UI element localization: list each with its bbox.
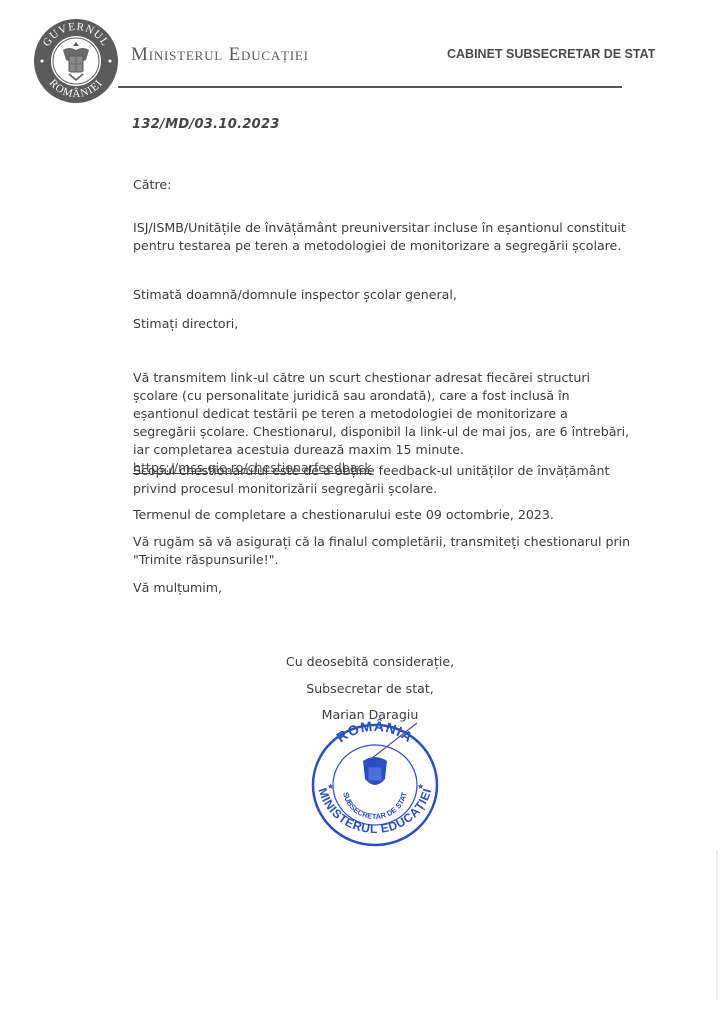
paragraph-purpose: Scopul chestionarului este de a obține f… [133, 462, 633, 498]
salutation-directors: Stimați directori, [133, 315, 633, 333]
svg-text:★: ★ [327, 782, 334, 791]
department-name: CABINET SUBSECRETAR DE STAT [447, 47, 655, 61]
paragraph-intro: Vă transmitem link-ul către un scurt che… [133, 369, 633, 477]
svg-text:★: ★ [417, 782, 424, 791]
government-logo-icon: GUVERNUL ROMÂNIEI [33, 18, 119, 104]
official-stamp-icon: ROMÂNIA MINISTERUL EDUCAȚIEI SUBSECRETAR… [309, 719, 445, 849]
recipient-text: ISJ/ISMB/Unitățile de învățământ preuniv… [133, 219, 633, 255]
recipient-label: Către: [133, 176, 633, 194]
salutation-inspector: Stimată doamnă/domnule inspector școlar … [133, 286, 633, 304]
signature-closing: Cu deosebită considerație, [270, 654, 470, 669]
svg-text:ROMÂNIA: ROMÂNIA [333, 719, 416, 746]
paragraph-deadline: Termenul de completare a chestionarului … [133, 506, 633, 524]
scan-edge [716, 850, 718, 1000]
letter-page: GUVERNUL ROMÂNIEI Ministerul Educației C… [0, 0, 724, 1024]
registration-number: 132/MD/03.10.2023 [132, 117, 280, 132]
ministry-name: Ministerul Educației [131, 44, 309, 66]
paragraph-submit-reminder: Vă rugăm să vă asigurați că la finalul c… [133, 533, 633, 569]
paragraph-intro-text: Vă transmitem link-ul către un scurt che… [133, 370, 629, 457]
closing-thanks: Vă mulțumim, [133, 579, 633, 597]
signature-title: Subsecretar de stat, [270, 681, 470, 696]
header-divider [118, 86, 622, 88]
